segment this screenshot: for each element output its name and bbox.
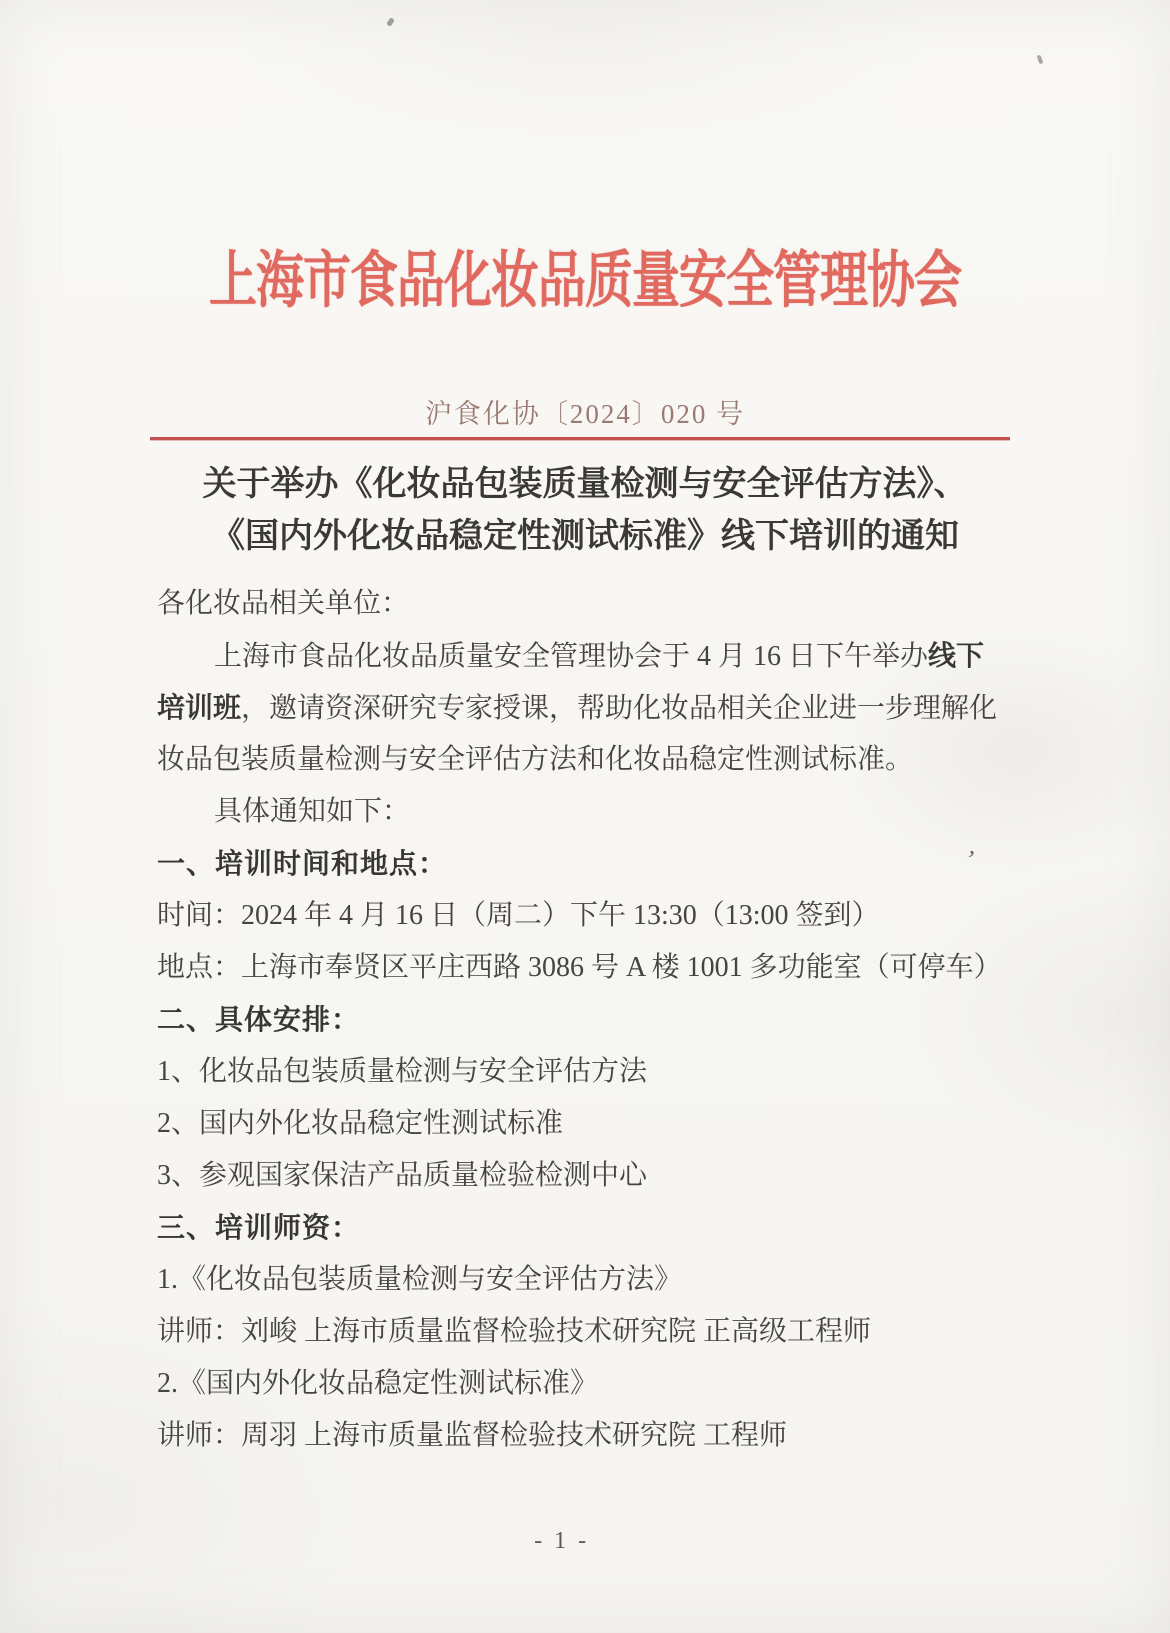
intro-text-1: 上海市食品化妆品质量安全管理协会于 4 月 16 日下午举办 xyxy=(214,641,928,672)
intro-text-2: ，邀请资深研究专家授课，帮助化妆品相关企业进一步理解化 xyxy=(241,693,997,724)
intro-paragraph-line-2: 培训班，邀请资深研究专家授课，帮助化妆品相关企业进一步理解化 xyxy=(157,682,1023,734)
notice-title-line-1: 关于举办《化妆品包装质量检测与安全评估方法》、 xyxy=(0,459,1170,511)
intro-paragraph-line-3: 妆品包装质量检测与安全评估方法和化妆品稳定性测试标准。 xyxy=(157,734,1023,786)
agenda-item-2: 2、国内外化妆品稳定性测试标准 xyxy=(157,1098,1023,1150)
scanned-notice-page: 上海市食品化妆品质量安全管理协会 沪食化协〔2024〕020 号 关于举办《化妆… xyxy=(0,0,1170,1633)
notice-title-line-2: 《国内外化妆品稳定性测试标准》线下培训的通知 xyxy=(0,511,1170,563)
intro-bold-offline: 线下 xyxy=(928,640,984,671)
agenda-item-3: 3、参观国家保洁产品质量检验检测中心 xyxy=(157,1150,1023,1202)
training-time: 时间：2024 年 4 月 16 日（周二）下午 13:30（13:00 签到） xyxy=(157,890,1023,942)
lecturer-1: 讲师：刘峻 上海市质量监督检验技术研究院 正高级工程师 xyxy=(157,1306,1023,1358)
section-2-heading: 二、具体安排： xyxy=(157,994,1023,1046)
letterhead-divider-rule xyxy=(150,437,1010,440)
follow-up-line: 具体通知如下： xyxy=(157,786,1023,838)
page-number: - 1 - xyxy=(0,1528,1123,1555)
intro-paragraph-line-1: 上海市食品化妆品质量安全管理协会于 4 月 16 日下午举办线下 xyxy=(157,630,1023,682)
section-3-heading: 三、培训师资： xyxy=(157,1202,1023,1254)
notice-body: 各化妆品相关单位： 上海市食品化妆品质量安全管理协会于 4 月 16 日下午举办… xyxy=(157,578,1023,1462)
document-number: 沪食化协〔2024〕020 号 xyxy=(0,392,1170,431)
notice-title: 关于举办《化妆品包装质量检测与安全评估方法》、 《国内外化妆品稳定性测试标准》线… xyxy=(0,459,1170,563)
agenda-item-1: 1、化妆品包装质量检测与安全评估方法 xyxy=(157,1046,1023,1098)
org-letterhead-title: 上海市食品化妆品质量安全管理协会 xyxy=(0,232,1170,332)
course-title-1: 1.《化妆品包装质量检测与安全评估方法》 xyxy=(157,1254,1023,1306)
section-1-heading: 一、培训时间和地点： xyxy=(157,838,1023,890)
lecturer-2: 讲师：周羽 上海市质量监督检验技术研究院 工程师 xyxy=(157,1410,1023,1462)
intro-bold-training-class: 培训班 xyxy=(157,692,241,723)
scan-artifact-speck xyxy=(386,17,395,26)
scan-artifact-speck xyxy=(1037,55,1044,65)
training-place: 地点：上海市奉贤区平庄西路 3086 号 A 楼 1001 多功能室（可停车） xyxy=(157,942,1023,994)
course-title-2: 2.《国内外化妆品稳定性测试标准》 xyxy=(157,1358,1023,1410)
salutation: 各化妆品相关单位： xyxy=(157,578,1023,630)
